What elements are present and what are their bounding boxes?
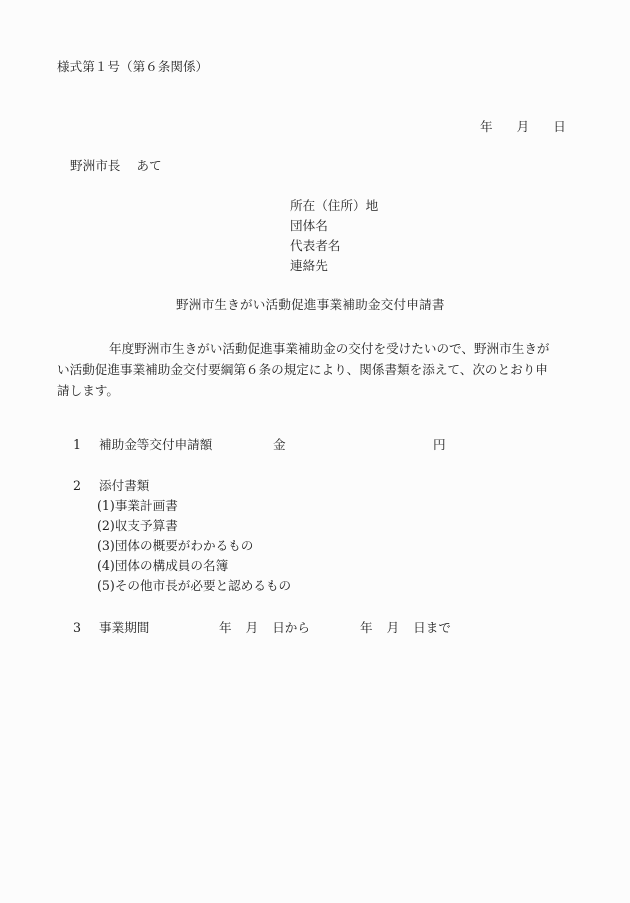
applicant-address-label: 所在（住所）地: [290, 200, 378, 213]
item-label: 添付書類: [99, 478, 149, 493]
period-to-day: 日まで: [413, 622, 451, 635]
addressee-suffix: あて: [136, 158, 161, 173]
period-from-year: 年: [219, 622, 232, 635]
date-day-label: 日: [553, 121, 566, 134]
date-line: 年月日: [480, 121, 566, 134]
body-line-1: 年度野洲市生きがい活動促進事業補助金の交付を受けたいので、野洲市生きが: [57, 338, 577, 359]
item-label: 補助金等交付申請額: [99, 439, 273, 452]
attachment-list-item: (1)事業計画書: [97, 500, 178, 513]
item-grant-amount: 1補助金等交付申請額金円: [73, 439, 446, 452]
attachment-list-item: (2)収支予算書: [97, 520, 178, 533]
date-month-label: 月: [517, 121, 530, 134]
attachment-list-item: (3)団体の概要がわかるもの: [97, 540, 253, 553]
period-to-year: 年: [360, 622, 373, 635]
attachment-list-item: (4)団体の構成員の名簿: [97, 560, 228, 573]
body-line-3: 請します。: [57, 380, 577, 401]
form-number: 様式第１号（第６条関係）: [57, 61, 208, 74]
item-label: 事業期間: [99, 622, 219, 635]
attachment-list-item: (5)その他市長が必要と認めるもの: [97, 580, 291, 593]
item-number: 1: [73, 439, 99, 452]
date-year-label: 年: [480, 121, 493, 134]
item-number: 3: [73, 622, 99, 635]
item-attachments: 2添付書類: [73, 480, 149, 493]
addressee-name: 野洲市長: [70, 158, 120, 173]
applicant-representative-label: 代表者名: [290, 240, 340, 253]
applicant-contact-label: 連絡先: [290, 260, 328, 273]
item-project-period: 3事業期間年月日から年月日まで: [73, 622, 451, 635]
amount-prefix: 金: [273, 439, 433, 452]
applicant-group-name-label: 団体名: [290, 220, 328, 233]
document-title: 野洲市生きがい活動促進事業補助金交付申請書: [176, 299, 445, 312]
amount-unit: 円: [433, 437, 446, 452]
item-number: 2: [73, 480, 99, 493]
body-paragraph: 年度野洲市生きがい活動促進事業補助金の交付を受けたいので、野洲市生きが い活動促…: [57, 338, 577, 401]
period-to-month: 月: [387, 622, 400, 635]
body-line-2: い活動促進事業補助金交付要綱第６条の規定により、関係書類を添えて、次のとおり申: [57, 359, 577, 380]
addressee: 野洲市長あて: [70, 160, 162, 173]
period-from-month: 月: [246, 622, 259, 635]
period-from-day: 日から: [272, 622, 310, 635]
